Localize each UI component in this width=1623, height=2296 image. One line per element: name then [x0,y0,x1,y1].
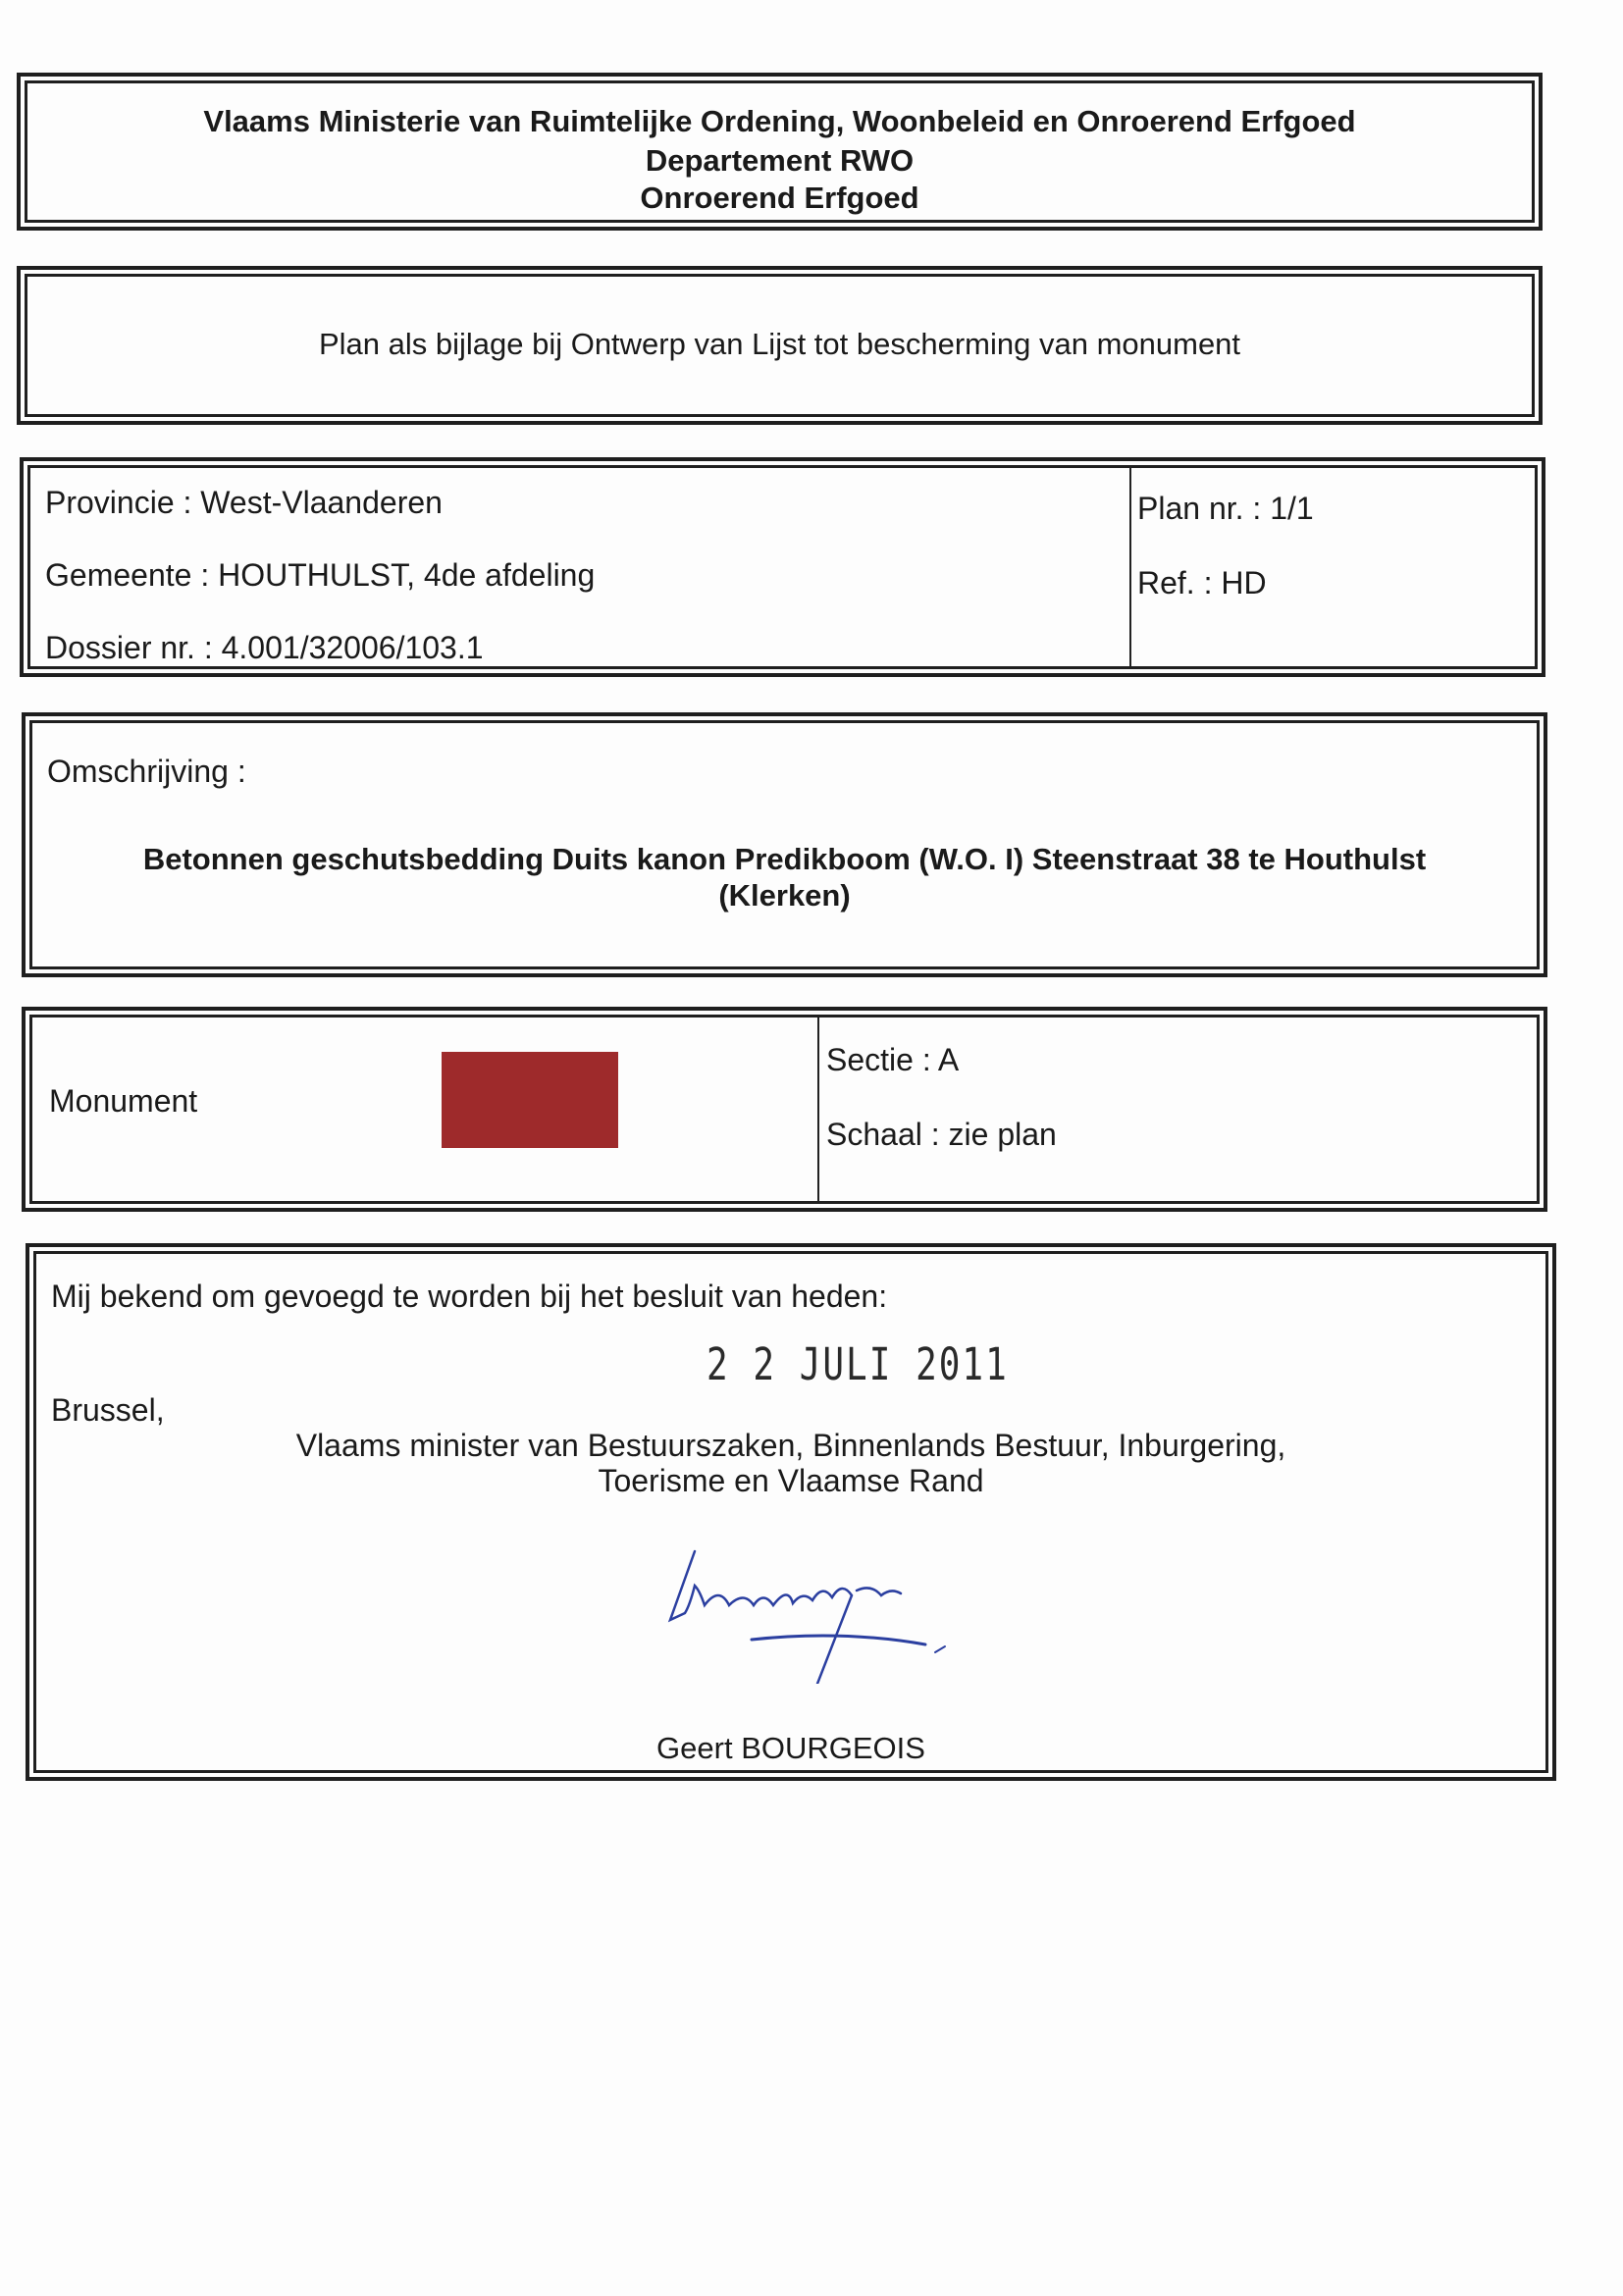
header-box: Vlaams Ministerie van Ruimtelijke Ordeni… [17,73,1543,231]
monument-label: Monument [49,1085,197,1117]
schaal-field: Schaal : zie plan [826,1119,1057,1150]
minister-title-line2: Toerisme en Vlaamse Rand [29,1465,1552,1496]
description-line2: (Klerken) [26,880,1544,911]
column-divider [817,1018,819,1201]
plan-nr-field: Plan nr. : 1/1 [1137,493,1314,524]
agency-name: Onroerend Erfgoed [21,183,1539,213]
signature-icon [665,1546,1019,1684]
subject-text: Plan als bijlage bij Ontwerp van Lijst t… [21,329,1539,359]
legend-box: Monument Sectie : A Schaal : zie plan [22,1007,1547,1212]
minister-title-line1: Vlaams minister van Bestuurszaken, Binne… [29,1430,1552,1461]
approval-statement: Mij bekend om gevoegd te worden bij het … [51,1280,887,1312]
approval-box: Mij bekend om gevoegd te worden bij het … [26,1243,1556,1781]
sectie-field: Sectie : A [826,1044,959,1075]
department-name: Departement RWO [21,145,1539,176]
place-label: Brussel, [51,1394,165,1426]
ministry-name: Vlaams Ministerie van Ruimtelijke Ordeni… [21,106,1539,136]
gemeente-field: Gemeente : HOUTHULST, 4de afdeling [45,559,595,591]
location-info-box: Provincie : West-Vlaanderen Gemeente : H… [20,457,1545,677]
description-box: Omschrijving : Betonnen geschutsbedding … [22,712,1547,977]
subject-box: Plan als bijlage bij Ontwerp van Lijst t… [17,266,1543,425]
description-line1: Betonnen geschutsbedding Duits kanon Pre… [26,844,1544,874]
dossier-field: Dossier nr. : 4.001/32006/103.1 [45,632,484,663]
ref-field: Ref. : HD [1137,567,1267,599]
monument-color-swatch [442,1052,618,1148]
column-divider [1129,468,1131,666]
description-label: Omschrijving : [47,756,246,787]
signatory-name: Geert BOURGEOIS [29,1733,1552,1763]
date-stamp: 2 2 JULI 2011 [707,1340,1009,1390]
provincie-field: Provincie : West-Vlaanderen [45,487,443,518]
